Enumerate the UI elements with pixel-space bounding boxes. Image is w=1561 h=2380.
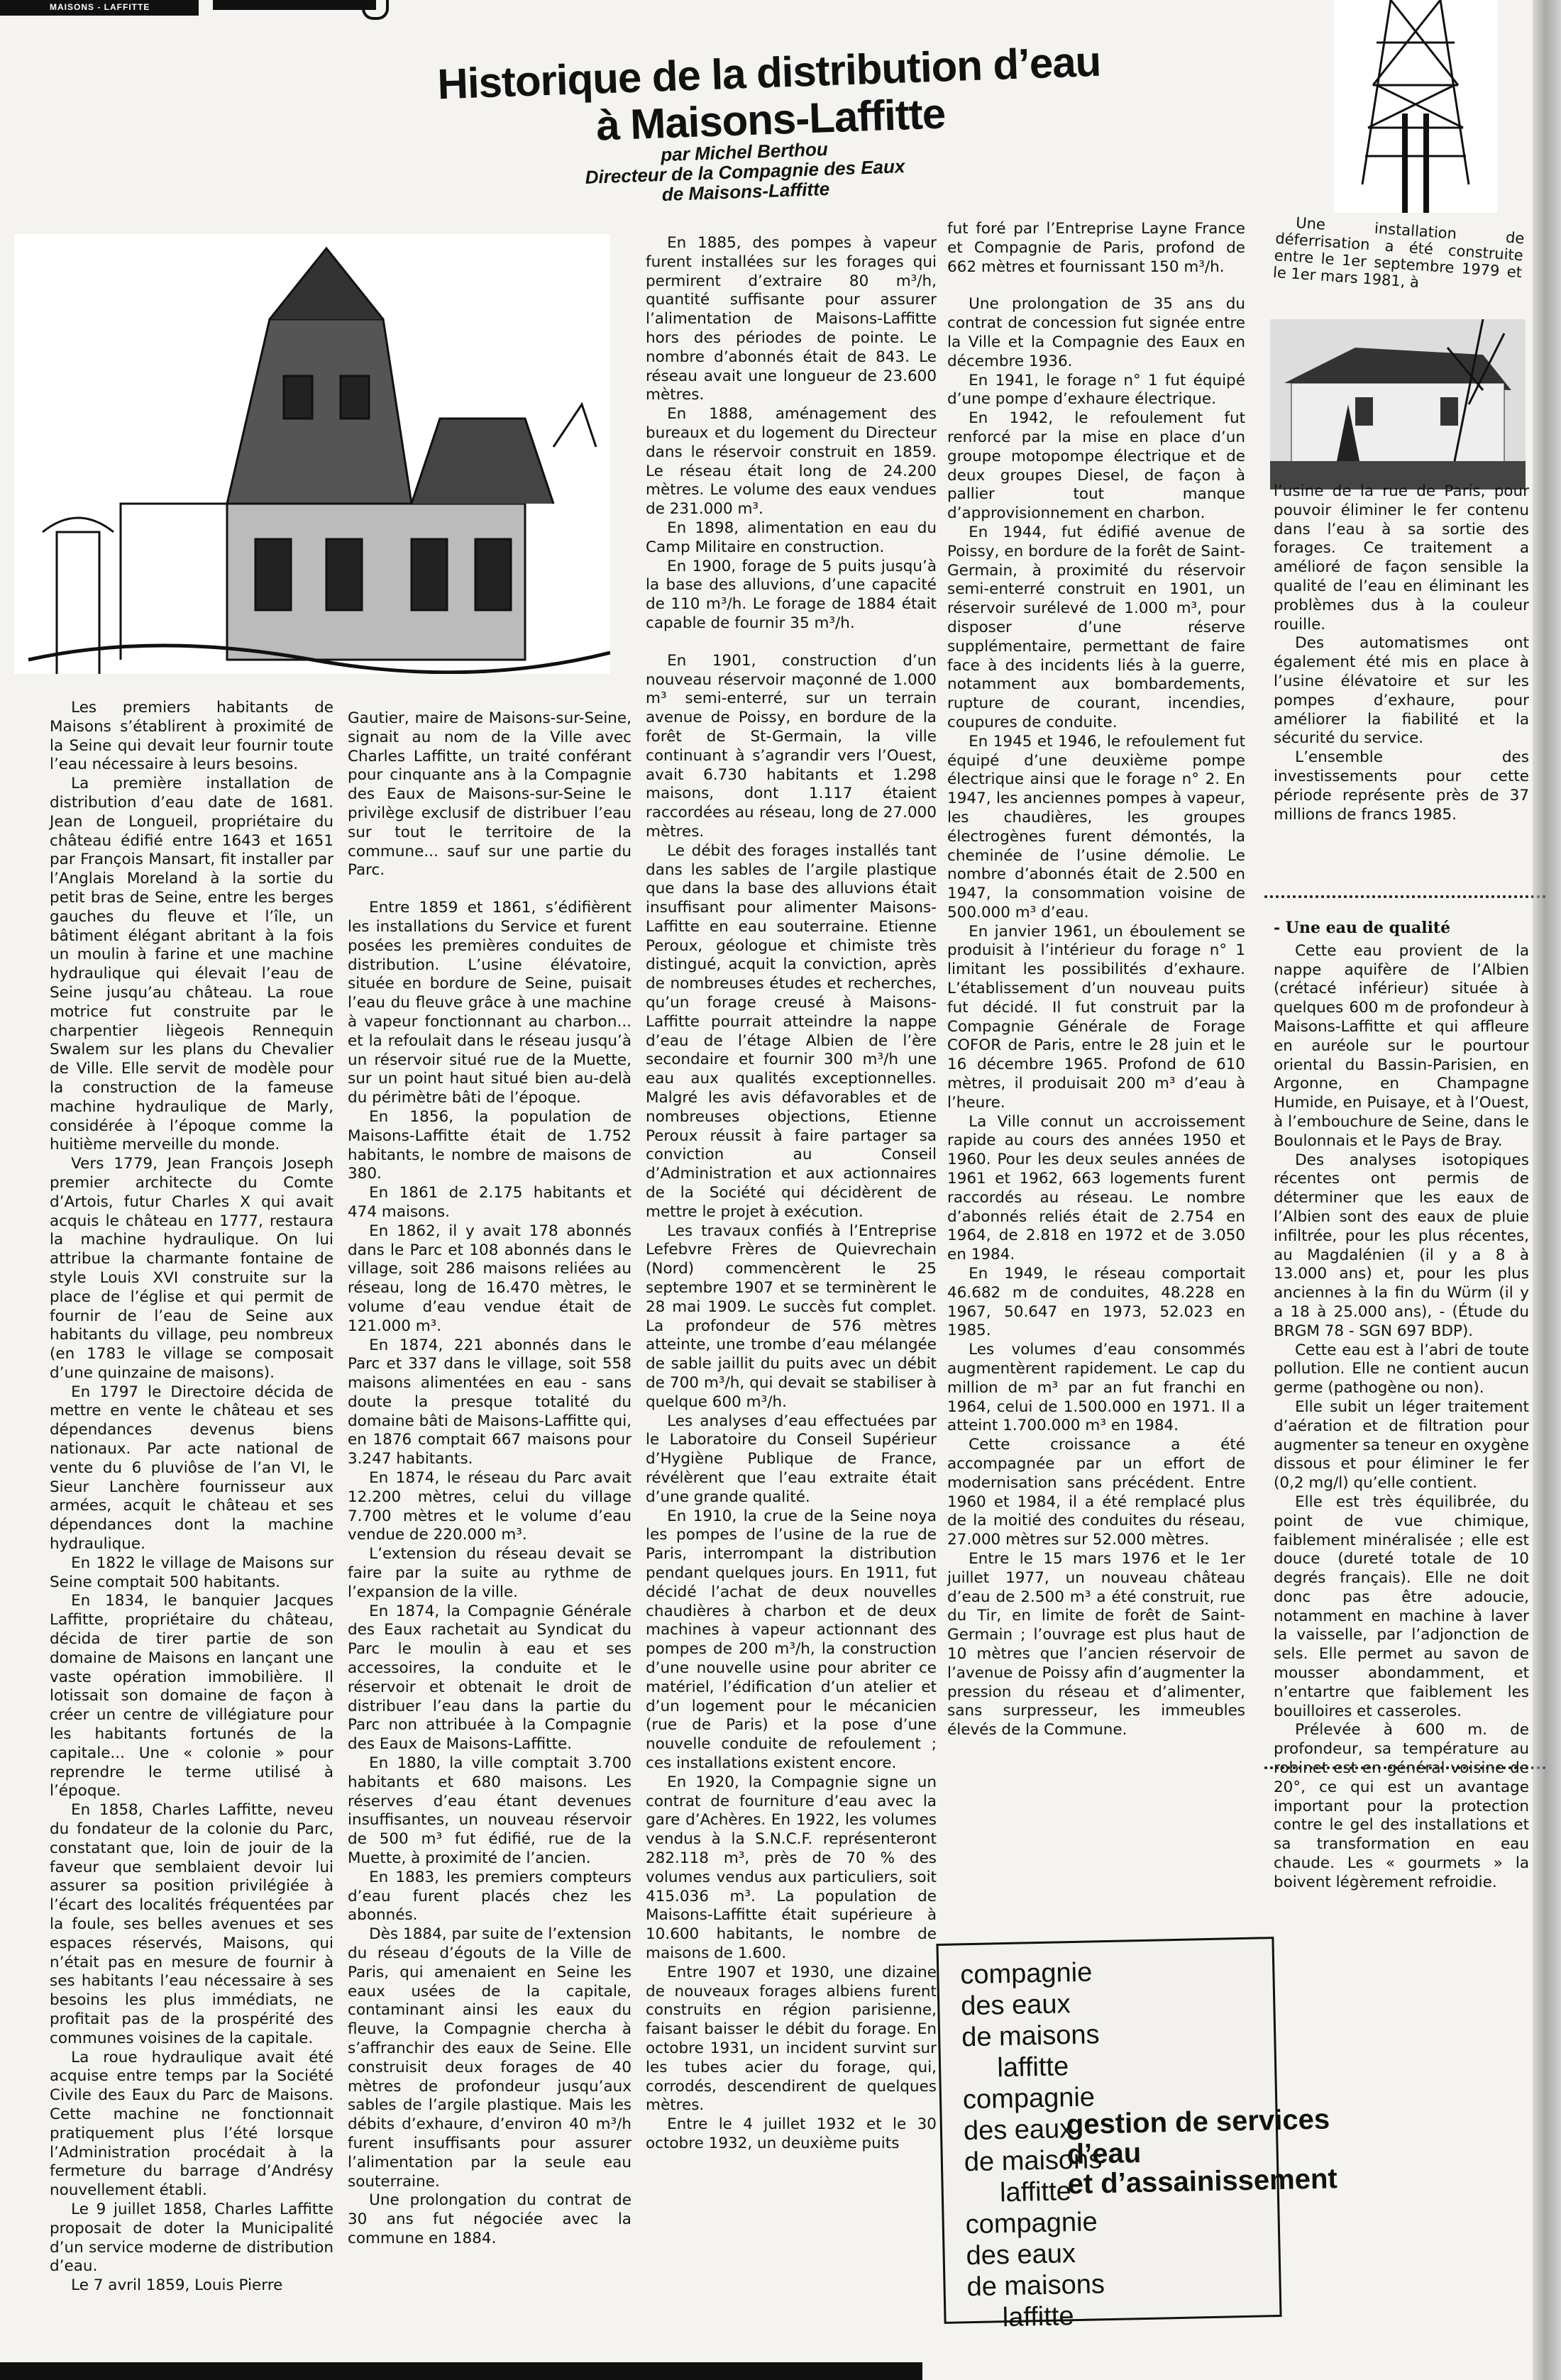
paragraph: Des analyses isotopiques récentes ont pe… bbox=[1274, 1151, 1529, 1341]
dotted-divider bbox=[1263, 894, 1547, 901]
article-column-4: fut foré par l’Entreprise Layne France e… bbox=[947, 220, 1245, 1740]
paragraph: En 1874, le réseau du Parc avait 12.200 … bbox=[348, 1469, 631, 1545]
logo-hook-icon bbox=[362, 0, 389, 20]
castle-drawing-icon bbox=[14, 234, 610, 674]
paragraph: Cette croissance a été accompagnée par u… bbox=[947, 1436, 1245, 1550]
byline: par Michel Berthou Directeur de la Compa… bbox=[560, 135, 931, 208]
paragraph: En 1880, la ville comptait 3.700 habitan… bbox=[348, 1754, 631, 1869]
article-column-6: - Une eau de qualité Cette eau provient … bbox=[1274, 919, 1529, 1893]
paragraph: Entre le 15 mars 1976 et le 1er juillet … bbox=[947, 1550, 1245, 1740]
ad-tagline: gestion de services d’eau et d’assainiss… bbox=[1066, 2105, 1274, 2199]
paragraph: Vers 1779, Jean François Joseph premier … bbox=[50, 1155, 333, 1383]
paragraph: Entre le 4 juillet 1932 et le 30 octobre… bbox=[646, 2115, 937, 2154]
paragraph: En 1945 et 1946, le refoulement fut équi… bbox=[947, 733, 1245, 923]
masthead-bar bbox=[213, 0, 376, 10]
paragraph: Elle subit un léger traitement d’aératio… bbox=[1274, 1398, 1529, 1493]
paragraph: Cette eau est à l’abri de toute pollutio… bbox=[1274, 1341, 1529, 1398]
paragraph: En 1874, 221 abonnés dans le Parc et 337… bbox=[348, 1336, 631, 1470]
article-column-1: Les premiers habitants de Maisons s’étab… bbox=[50, 699, 333, 2296]
paragraph: En 1885, des pompes à vapeur furent inst… bbox=[646, 234, 937, 405]
paragraph: En 1910, la crue de la Seine noya les po… bbox=[646, 1507, 937, 1773]
paragraph: Elle est très équilibrée, du point de vu… bbox=[1274, 1493, 1529, 1722]
company-advertisement: compagnie des eaux de maisons laffitte c… bbox=[936, 1937, 1281, 2324]
paragraph: En 1834, le banquier Jacques Laffitte, p… bbox=[50, 1592, 333, 1801]
paragraph: En 1856, la population de Maisons-Laffit… bbox=[348, 1108, 631, 1184]
paragraph: Les volumes d’eau consommés augmentèrent… bbox=[947, 1341, 1245, 1436]
house-photo-icon bbox=[1270, 319, 1526, 489]
usine-photo bbox=[1270, 319, 1526, 489]
article-column-2: Gautier, maire de Maisons-sur-Seine, sig… bbox=[348, 709, 631, 2249]
paragraph: La Ville connut un accroissement rapide … bbox=[947, 1113, 1245, 1265]
section-heading: - Une eau de qualité bbox=[1274, 919, 1529, 938]
paragraph: Les travaux confiés à l’Entreprise Lefeb… bbox=[646, 1222, 937, 1412]
tower-caption: Une installation de déferrisation a été … bbox=[1272, 213, 1525, 298]
water-tower-illustration bbox=[1334, 0, 1497, 213]
castle-illustration bbox=[14, 234, 610, 674]
paragraph: fut foré par l’Entreprise Layne France e… bbox=[947, 220, 1245, 277]
paragraph: En 1797 le Directoire décida de mettre e… bbox=[50, 1383, 333, 1554]
paragraph: En 1941, le forage n° 1 fut équipé d’une… bbox=[947, 372, 1245, 410]
paragraph: En 1900, forage de 5 puits jusqu’à la ba… bbox=[646, 558, 937, 633]
paragraph: Les premiers habitants de Maisons s’étab… bbox=[50, 699, 333, 775]
ad-logo-text: compagnie des eaux de maisons laffitte c… bbox=[960, 1957, 1074, 2334]
paragraph: En 1888, aménagement des bureaux et du l… bbox=[646, 405, 937, 519]
paragraph: Entre 1859 et 1861, s’édifièrent les ins… bbox=[348, 899, 631, 1108]
paragraph: En 1822 le village de Maisons sur Seine … bbox=[50, 1554, 333, 1593]
paragraph: En 1942, le refoulement fut renforcé par… bbox=[947, 409, 1245, 524]
paragraph: En 1874, la Compagnie Générale des Eaux … bbox=[348, 1603, 631, 1754]
paragraph: l’usine de la rue de Paris, pour pouvoir… bbox=[1274, 482, 1529, 634]
masthead-label: MAISONS - LAFFITTE bbox=[50, 2, 150, 12]
article-column-3: En 1885, des pompes à vapeur furent inst… bbox=[646, 234, 937, 2154]
page-fold-shadow bbox=[1533, 0, 1561, 2380]
article-column-5: l’usine de la rue de Paris, pour pouvoir… bbox=[1274, 482, 1529, 824]
paragraph: En 1898, alimentation en eau du Camp Mil… bbox=[646, 519, 937, 558]
water-tower-drawing-icon bbox=[1334, 0, 1497, 213]
paragraph: En 1920, la Compagnie signe un contrat d… bbox=[646, 1773, 937, 1964]
dotted-divider bbox=[1263, 1765, 1547, 1772]
paragraph: En 1901, construction d’un nouveau réser… bbox=[646, 652, 937, 842]
paragraph: La première installation de distribution… bbox=[50, 775, 333, 1155]
paragraph: Le débit des forages installés tant dans… bbox=[646, 842, 937, 1222]
paragraph: L’extension du réseau devait se faire pa… bbox=[348, 1545, 631, 1602]
paragraph: Une prolongation de 35 ans du contrat de… bbox=[947, 295, 1245, 371]
bottom-edge bbox=[0, 2362, 922, 2380]
paragraph: Le 7 avril 1859, Louis Pierre bbox=[50, 2276, 333, 2296]
paragraph: Des automatismes ont également été mis e… bbox=[1274, 634, 1529, 748]
paragraph: Une prolongation du contrat de 30 ans fu… bbox=[348, 2191, 631, 2248]
paragraph: En 1861 de 2.175 habitants et 474 maison… bbox=[348, 1184, 631, 1222]
paragraph: Entre 1907 et 1930, une dizaine de nouve… bbox=[646, 1964, 937, 2115]
paragraph: Cette eau provient de la nappe aquifère … bbox=[1274, 942, 1529, 1151]
paragraph: Les analyses d’eau effectuées par le Lab… bbox=[646, 1412, 937, 1507]
paragraph: La roue hydraulique avait été acquise en… bbox=[50, 2049, 333, 2201]
paragraph: Prélevée à 600 m. de profondeur, sa temp… bbox=[1274, 1721, 1529, 1892]
paragraph: En 1858, Charles Laffitte, neveu du fond… bbox=[50, 1801, 333, 2048]
paragraph: Gautier, maire de Maisons-sur-Seine, sig… bbox=[348, 709, 631, 880]
paragraph: Le 9 juillet 1858, Charles Laffitte prop… bbox=[50, 2201, 333, 2276]
paragraph: En 1862, il y avait 178 abonnés dans le … bbox=[348, 1222, 631, 1336]
masthead: MAISONS - LAFFITTE bbox=[0, 0, 199, 16]
paragraph: En janvier 1961, un éboulement se produi… bbox=[947, 923, 1245, 1113]
paragraph: Dès 1884, par suite de l’extension du ré… bbox=[348, 1925, 631, 2191]
paragraph: En 1883, les premiers compteurs d’eau fu… bbox=[348, 1869, 631, 1925]
paragraph: L’ensemble des investissements pour cett… bbox=[1274, 748, 1529, 824]
paragraph: En 1944, fut édifié avenue de Poissy, en… bbox=[947, 524, 1245, 733]
paragraph: En 1949, le réseau comportait 46.682 m d… bbox=[947, 1265, 1245, 1341]
